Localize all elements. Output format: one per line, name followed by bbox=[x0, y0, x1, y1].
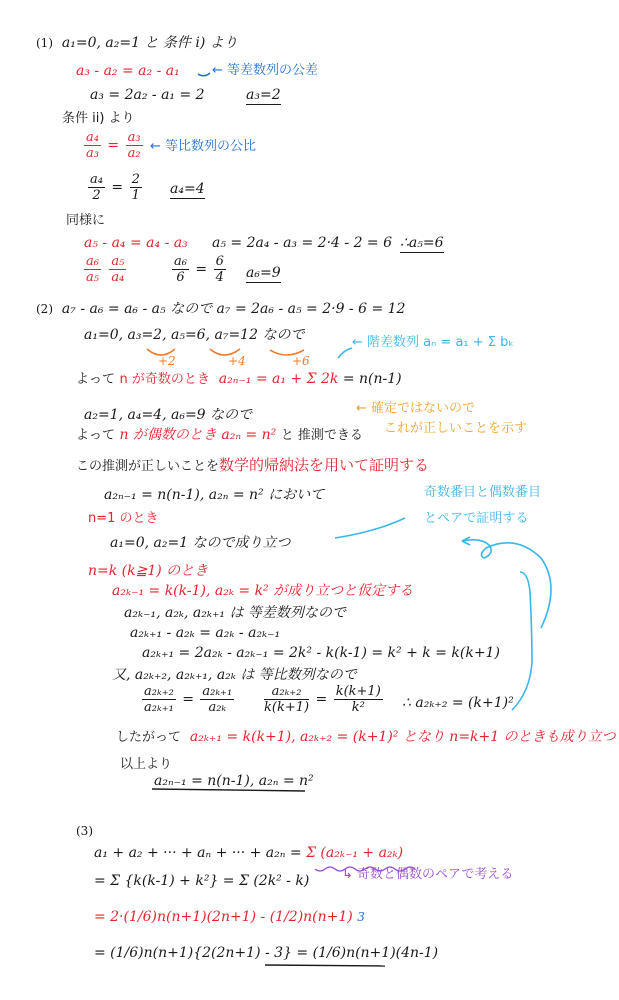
note-odd-even-pair: ↳ 奇数と偶数のペアで考える bbox=[342, 866, 513, 884]
note-arithmetic-difference: ← 等差数列の公差 bbox=[212, 62, 318, 80]
part1-intro-text: a₁=0, a₂=1 と 条件 i) より bbox=[62, 35, 238, 51]
part1-ratio-a4: a₄2 = 21 bbox=[86, 172, 144, 203]
part1-ratio-a6: a₆6 = 64 bbox=[170, 254, 228, 285]
note-difference-sequence: ← 階差数列 aₙ = a₁ + Σ bₖ bbox=[352, 334, 514, 352]
part2-line16: ∴ a₂ₖ₊₂ = (k+1)² bbox=[402, 694, 514, 712]
note-prove-it: これが正しいことを示す bbox=[384, 420, 527, 438]
part2-line6: この推測が正しいことを数学的帰納法を用いて証明する bbox=[76, 456, 429, 476]
cyan-arrow-icon bbox=[338, 348, 352, 358]
note-odd-even-2: とペアで証明する bbox=[424, 510, 528, 528]
part2-line3: よって n が奇数のとき a₂ₙ₋₁ = a₁ + Σ 2k = n(n-1) bbox=[76, 370, 402, 389]
diff-plus6: +6 bbox=[292, 352, 310, 370]
part1-eq-a5: a₅ = 2a₄ - a₃ = 2·4 - 2 = 6 bbox=[212, 234, 392, 252]
part2-line14: a₂ₖ₊₁ = 2a₂ₖ - a₂ₖ₋₁ = 2k² - k(k-1) = k²… bbox=[142, 644, 500, 662]
part2-line13: a₂ₖ₊₁ - a₂ₖ = a₂ₖ - a₂ₖ₋₁ bbox=[130, 624, 280, 642]
part2-ratio1: a₂ₖ₊₂a₂ₖ₊₁ = a₂ₖ₊₁a₂ₖ bbox=[140, 684, 236, 715]
part2-line4: a₂=1, a₄=4, a₆=9 なので bbox=[84, 406, 252, 424]
answer-a6: a₆=9 bbox=[246, 265, 281, 283]
part1-eq-a3: a₃ = 2a₂ - a₁ = 2 bbox=[90, 86, 205, 104]
part2-line10: n=k (k≧1) のとき bbox=[88, 562, 208, 580]
part1-eq-arith: a₃ - a₂ = a₂ - a₁ bbox=[76, 62, 180, 80]
part3-line3: = 2·(1/6)n(n+1)(2n+1) - (1/2)n(n+1) 3 bbox=[94, 908, 365, 926]
part2-line5: よって n が偶数のとき a₂ₙ = n² と 推測できる bbox=[76, 426, 363, 445]
part2-line9: a₁=0, a₂=1 なので成り立つ bbox=[110, 534, 291, 552]
part1-ratio-a6-red: a₆a₅ a₅a₄ bbox=[82, 254, 128, 285]
answer-a4: a₄=4 bbox=[170, 181, 205, 199]
part1-line-intro: (1) a₁=0, a₂=1 と 条件 i) より bbox=[36, 34, 238, 52]
part2-line11: a₂ₖ₋₁ = k(k-1), a₂ₖ = k² が成り立つと仮定する bbox=[112, 582, 413, 600]
cyan-brace-icon bbox=[512, 572, 532, 710]
part2-line12: a₂ₖ₋₁, a₂ₖ, a₂ₖ₊₁ は 等差数列なので bbox=[124, 604, 346, 622]
diff-plus2: +2 bbox=[158, 352, 176, 370]
cyan-curve-icon bbox=[462, 540, 551, 628]
part1-same: 同様に bbox=[66, 212, 105, 230]
cyan-arrow-icon bbox=[335, 518, 405, 538]
part2-line2: a₁=0, a₃=2, a₅=6, a₇=12 なので bbox=[84, 326, 304, 344]
part3-final-answer: (1/6)n(n+1)(4n-1) bbox=[313, 945, 439, 961]
blue-arrow-icon bbox=[198, 73, 210, 76]
part2-final-answer: a₂ₙ₋₁ = n(n-1), a₂ₙ = n² bbox=[154, 772, 314, 790]
answer-a5: ∴a₅=6 bbox=[400, 235, 444, 253]
part2-label: (2) bbox=[36, 302, 53, 316]
note-not-certain: ← 確定ではないので bbox=[356, 400, 475, 418]
part2-line8: n=1 のとき bbox=[88, 510, 159, 528]
diff-plus4: +4 bbox=[228, 352, 246, 370]
note-geometric-ratio: ← 等比数列の公比 bbox=[150, 138, 256, 156]
part3-line2: = Σ {k(k-1) + k²} = Σ (2k² - k) bbox=[94, 872, 309, 890]
part2-line1: (2) a₇ - a₆ = a₆ - a₅ なので a₇ = 2a₆ - a₅ … bbox=[36, 300, 405, 318]
correction-3: 3 bbox=[357, 910, 365, 924]
answer-underline bbox=[265, 965, 385, 966]
part2-line15: 又, a₂ₖ₊₂, a₂ₖ₊₁, a₂ₖ は 等比数列なので bbox=[112, 666, 357, 684]
part1-label: (1) bbox=[36, 36, 53, 50]
answer-a3: a₃=2 bbox=[246, 87, 281, 105]
part1-ratio-red: a₄a₃ = a₃a₂ bbox=[82, 130, 145, 161]
part3-label: (3) bbox=[76, 822, 93, 840]
part3-line1: a₁ + a₂ + ··· + aₙ + ··· + a₂ₙ = Σ (a₂ₖ₋… bbox=[94, 844, 403, 862]
part1-cond2: 条件 ii) より bbox=[62, 110, 135, 128]
part2-ratio2: a₂ₖ₊₂k(k+1) = k(k+1)k² bbox=[262, 684, 385, 715]
part3-line4: = (1/6)n(n+1){2(2n+1) - 3} = (1/6)n(n+1)… bbox=[94, 944, 438, 962]
note-odd-even-1: 奇数番目と偶数番目 bbox=[424, 484, 541, 502]
part2-line17: したがって a₂ₖ₊₁ = k(k+1), a₂ₖ₊₂ = (k+1)² となり… bbox=[116, 728, 616, 747]
part1-eq-a5-red: a₅ - a₄ = a₄ - a₃ bbox=[84, 234, 188, 252]
part2-line7: a₂ₙ₋₁ = n(n-1), a₂ₙ = n² において bbox=[104, 486, 324, 504]
